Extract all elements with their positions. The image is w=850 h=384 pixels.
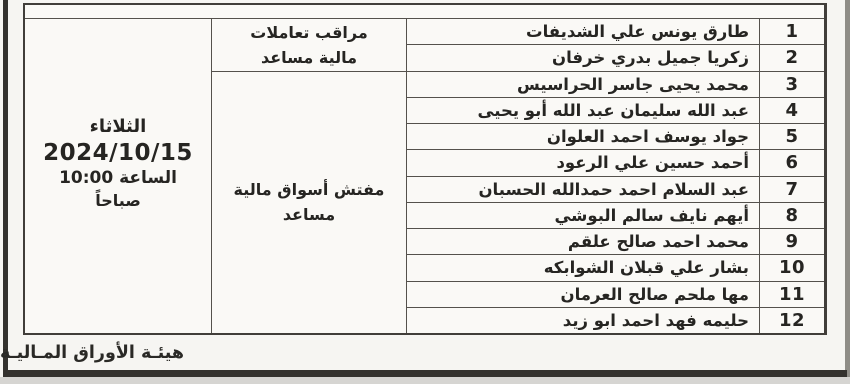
candidate-number: 1 — [760, 19, 824, 44]
position-title-cell: مفتش أسواق ماليةمساعد — [212, 72, 406, 334]
session-time: الساعة 10:00 — [59, 167, 177, 190]
candidate-name: طارق يونس علي الشديفات — [407, 19, 759, 44]
candidate-name: عبد السلام احمد حمدالله الحسبان — [407, 177, 759, 202]
issuing-authority: هيئـة الأوراق المـاليـة — [16, 337, 184, 369]
session-date: 2024/10/15 — [43, 139, 193, 167]
candidate-number: 11 — [760, 282, 824, 307]
photo-frame-left — [3, 0, 8, 377]
candidate-number: 8 — [760, 203, 824, 228]
table-top-partial-row — [25, 5, 824, 18]
candidate-name: جواد يوسف احمد العلوان — [407, 124, 759, 149]
candidate-name: أحمد حسين علي الرعود — [407, 150, 759, 175]
exam-schedule-table: الثلاثاء 2024/10/15 الساعة 10:00 صباحاً … — [23, 3, 827, 335]
candidate-name: أيهم نايف سالم البوشي — [407, 203, 759, 228]
session-day: الثلاثاء — [90, 115, 147, 139]
candidate-number: 7 — [760, 177, 824, 202]
candidate-number: 12 — [760, 308, 824, 333]
position-title: مفتش أسواق ماليةمساعد — [234, 177, 385, 227]
candidate-number: 5 — [760, 124, 824, 149]
candidate-number: 10 — [760, 255, 824, 280]
session-datetime-cell: الثلاثاء 2024/10/15 الساعة 10:00 صباحاً — [25, 19, 211, 333]
candidate-number: 6 — [760, 150, 824, 175]
candidate-number: 4 — [760, 98, 824, 123]
photo-frame-right — [845, 0, 850, 377]
candidate-number: 2 — [760, 45, 824, 70]
candidate-name: محمد يحيى جاسر الحراسيس — [407, 72, 759, 97]
candidate-number: 3 — [760, 72, 824, 97]
position-title: مراقب تعاملاتمالية مساعد — [250, 20, 368, 70]
scan-margin — [0, 377, 850, 384]
candidate-name: بشار علي قبلان الشوابكه — [407, 255, 759, 280]
candidate-name: عبد الله سليمان عبد الله أبو يحيى — [407, 98, 759, 123]
candidate-name: محمد احمد صالح علقم — [407, 229, 759, 254]
candidate-number: 9 — [760, 229, 824, 254]
scanned-schedule-document: الثلاثاء 2024/10/15 الساعة 10:00 صباحاً … — [0, 0, 850, 384]
position-title-cell: مراقب تعاملاتمالية مساعد — [212, 19, 406, 71]
session-period: صباحاً — [95, 190, 141, 212]
candidate-name: حليمه فهد احمد ابو زيد — [407, 308, 759, 333]
photo-frame-bottom — [3, 370, 847, 377]
candidate-name: مها ملحم صالح العرمان — [407, 282, 759, 307]
candidate-name: زكريا جميل بدري خرفان — [407, 45, 759, 70]
